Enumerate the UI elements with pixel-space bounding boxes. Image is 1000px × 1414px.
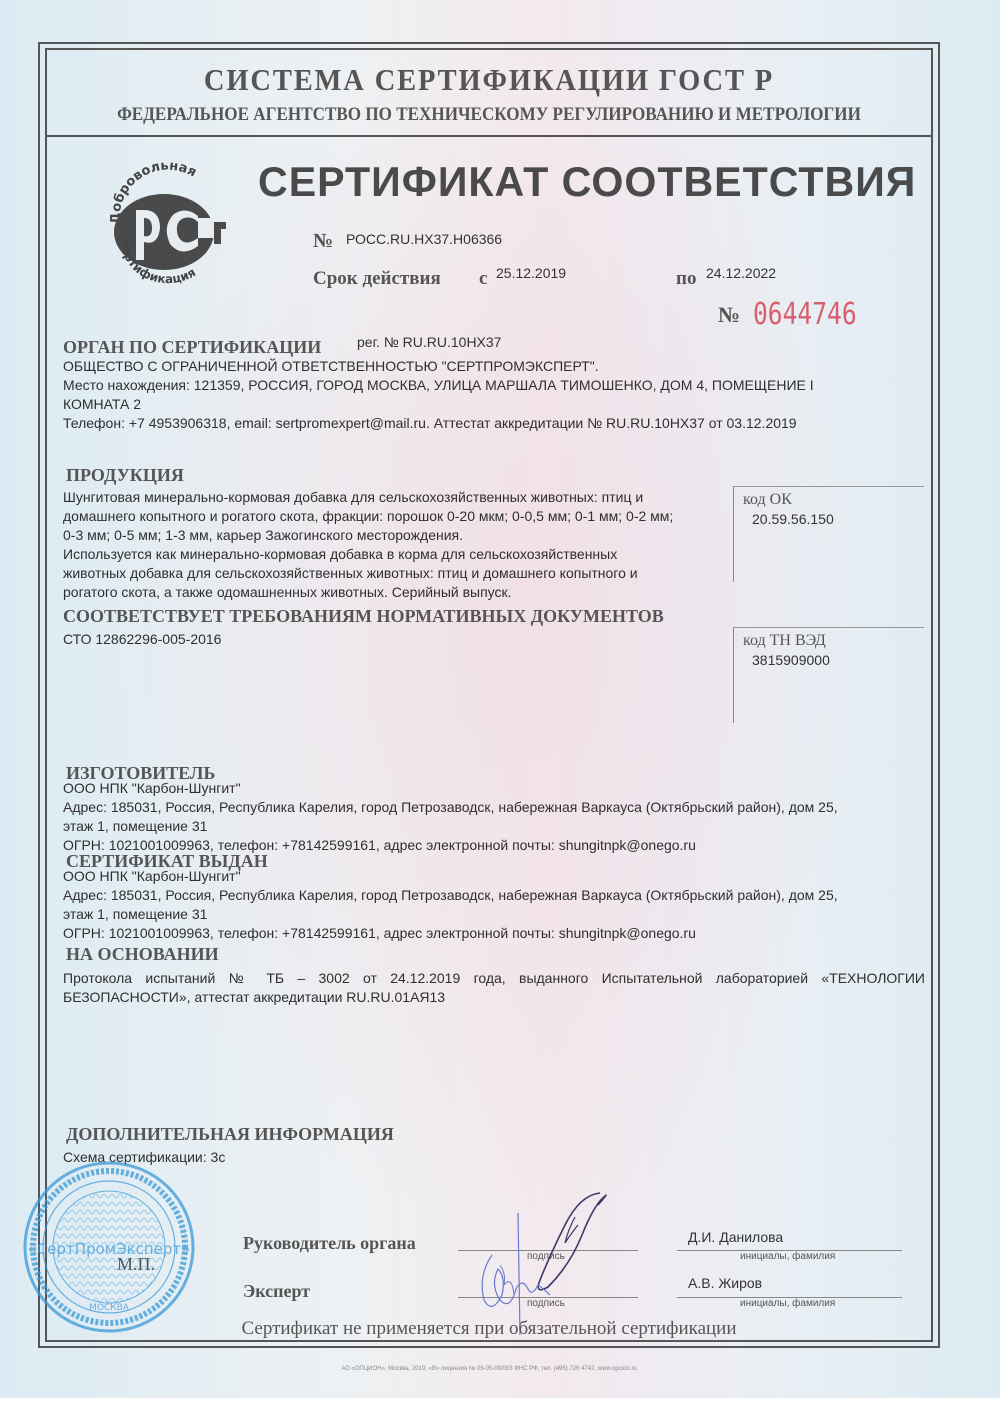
handwritten-signatures-icon: [470, 1185, 620, 1335]
valid-from-label: с: [479, 268, 487, 290]
manufacturer-line: Адрес: 185031, Россия, Республика Карели…: [63, 798, 838, 817]
basis-details: Протокола испытаний № ТБ – 3002 от 24.12…: [63, 969, 925, 1007]
product-line: животных добавка для сельскохозяйственны…: [63, 564, 673, 583]
head-name-caption: инициалы, фамилия: [740, 1251, 835, 1262]
manufacturer-line: этаж 1, помещение 31: [63, 817, 838, 836]
expert-name-caption: инициалы, фамилия: [740, 1298, 835, 1309]
valid-to-label: по: [676, 268, 696, 290]
issued-to-line: ОГРН: 1021001009963, телефон: +781425991…: [63, 924, 838, 943]
product-line: Шунгитовая минерально-кормовая добавка д…: [63, 488, 673, 507]
certification-body-reg-number: рег. № RU.RU.10НХ37: [357, 334, 501, 350]
system-title: СИСТЕМА СЕРТИФИКАЦИИ ГОСТ Р: [81, 62, 898, 98]
basis-line: Протокола испытаний № ТБ – 3002 от 24.12…: [63, 969, 925, 988]
valid-to: 24.12.2022: [706, 265, 776, 281]
certification-body-details: ОБЩЕСТВО С ОГРАНИЧЕННОЙ ОТВЕТСТВЕННОСТЬЮ…: [63, 357, 814, 433]
code-ok-label: код ОК: [743, 491, 924, 509]
manufacturer-details: ООО НПК "Карбон-Шунгит" Адрес: 185031, Р…: [63, 779, 838, 855]
certification-body-heading: ОРГАН ПО СЕРТИФИКАЦИИ: [63, 337, 321, 358]
code-ok-value: 20.59.56.150: [752, 511, 924, 527]
product-description: Шунгитовая минерально-кормовая добавка д…: [63, 488, 673, 602]
product-line: 0-3 мм; 0-5 мм; 1-3 мм, карьер Зажогинск…: [63, 526, 673, 545]
body-line: КОМНАТА 2: [63, 395, 814, 414]
certificate-number: РОСС.RU.НХ37.Н06366: [346, 231, 502, 247]
product-line: рогатого скота, а также одомашненных жив…: [63, 583, 673, 602]
head-name: Д.И. Данилова: [688, 1229, 783, 1245]
rst-logo-icon: Добровольная сертификация: [102, 162, 232, 287]
issued-to-line: этаж 1, помещение 31: [63, 905, 838, 924]
form-number-label: №: [718, 302, 740, 328]
stamp-place-label: М.П.: [117, 1254, 155, 1275]
valid-from: 25.12.2019: [496, 265, 566, 281]
standards-document: СТО 12862296-005-2016: [63, 630, 221, 649]
body-line: Место нахождения: 121359, РОССИЯ, ГОРОД …: [63, 376, 814, 395]
basis-heading: НА ОСНОВАНИИ: [66, 944, 219, 965]
agency-name: ФЕДЕРАЛЬНОЕ АГЕНТСТВО ПО ТЕХНИЧЕСКОМУ РЕ…: [89, 104, 888, 126]
standards-heading: СООТВЕТСТВУЕТ ТРЕБОВАНИЯМ НОРМАТИВНЫХ ДО…: [63, 606, 664, 627]
official-stamp-icon: «СертПромЭксперт» МОСКВА: [22, 1160, 197, 1335]
basis-line: БЕЗОПАСНОСТИ», аттестат аккредитации RU.…: [63, 988, 925, 1007]
issued-to-line: ООО НПК "Карбон-Шунгит": [63, 867, 838, 886]
expert-name: А.В. Жиров: [688, 1275, 762, 1291]
code-tnved-box: код ТН ВЭД 3815909000: [733, 627, 924, 723]
product-line: Используется как минерально-кормовая доб…: [63, 545, 673, 564]
code-tnved-label: код ТН ВЭД: [743, 632, 924, 650]
additional-info-heading: ДОПОЛНИТЕЛЬНАЯ ИНФОРМАЦИЯ: [66, 1124, 394, 1145]
manufacturer-line: ООО НПК "Карбон-Шунгит": [63, 779, 838, 798]
stamp-city: МОСКВА: [89, 1303, 130, 1313]
issued-to-line: Адрес: 185031, Россия, Республика Карели…: [63, 886, 838, 905]
product-heading: ПРОДУКЦИЯ: [66, 465, 184, 486]
head-label: Руководитель органа: [243, 1233, 416, 1254]
voluntary-certification-note: Сертификат не применяется при обязательн…: [45, 1318, 933, 1340]
product-line: домашнего копытного и рогатого скота, фр…: [63, 507, 673, 526]
number-label: №: [313, 230, 333, 253]
printer-info: АО «ОПЦИОН», Москва, 2019, «В» лицензия …: [45, 1366, 933, 1372]
header-divider: [45, 135, 933, 137]
code-tnved-value: 3815909000: [752, 652, 924, 668]
body-line: ОБЩЕСТВО С ОГРАНИЧЕННОЙ ОТВЕТСТВЕННОСТЬЮ…: [63, 357, 814, 376]
expert-label: Эксперт: [243, 1281, 310, 1302]
issued-to-details: ООО НПК "Карбон-Шунгит" Адрес: 185031, Р…: [63, 867, 838, 943]
certificate-title: СЕРТИФИКАТ СООТВЕТСТВИЯ: [258, 158, 916, 206]
validity-label: Срок действия: [313, 268, 441, 290]
form-number: 0644746: [753, 297, 857, 332]
stamp-text: «СертПромЭксперт»: [28, 1240, 191, 1258]
body-line: Телефон: +7 4953906318, email: sertprome…: [63, 414, 814, 433]
code-ok-box: код ОК 20.59.56.150: [733, 486, 924, 582]
